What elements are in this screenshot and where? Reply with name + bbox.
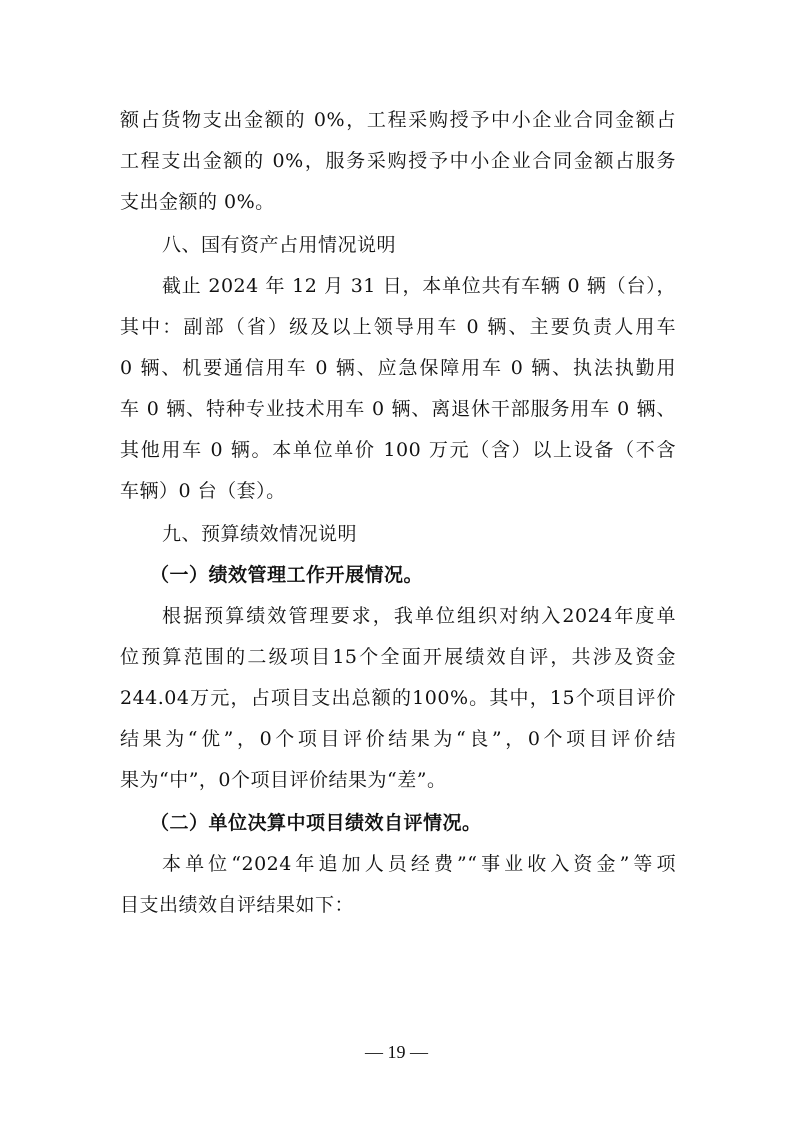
body-text-line: 0 辆、机要通信用车 0 辆、应急保障用车 0 辆、执法执勤用 bbox=[120, 356, 676, 380]
body-text-line: 车辆）0 台（套）。 bbox=[120, 479, 676, 503]
body-text-line: 车 0 辆、特种专业技术用车 0 辆、离退休干部服务用车 0 辆、 bbox=[120, 397, 676, 421]
body-text-line: 其他用车 0 辆。本单位单价 100 万元（含）以上设备（不含 bbox=[120, 438, 676, 462]
body-text-line: 截止 2024 年 12 月 31 日，本单位共有车辆 0 辆（台）， bbox=[162, 274, 676, 298]
body-text-line: 本单位“2024年追加人员经费”“事业收入资金”等项 bbox=[162, 852, 676, 876]
body-text-line: 其中：副部（省）级及以上领导用车 0 辆、主要负责人用车 bbox=[120, 315, 676, 339]
section-heading-9: 九、预算绩效情况说明 bbox=[162, 522, 676, 546]
body-text-line: 果为“中”，0个项目评价结果为“差”。 bbox=[120, 768, 676, 792]
body-text-line: 支出金额的 0%。 bbox=[120, 190, 676, 214]
document-page: 额占货物支出金额的 0%，工程采购授予中小企业合同金额占 工程支出金额的 0%，… bbox=[0, 0, 793, 1122]
body-text-line: 位预算范围的二级项目15个全面开展绩效自评，共涉及资金 bbox=[120, 645, 676, 669]
subsection-heading-2: （二）单位决算中项目绩效自评情况。 bbox=[150, 811, 664, 835]
body-text-line: 根据预算绩效管理要求，我单位组织对纳入2024年度单 bbox=[162, 604, 676, 628]
body-text-line: 244.04万元，占项目支出总额的100%。其中，15个项目评价 bbox=[120, 686, 676, 710]
body-text-line: 额占货物支出金额的 0%，工程采购授予中小企业合同金额占 bbox=[120, 108, 676, 132]
section-heading-8: 八、国有资产占用情况说明 bbox=[162, 233, 676, 257]
body-text-line: 目支出绩效自评结果如下： bbox=[120, 893, 676, 917]
subsection-heading-1: （一）绩效管理工作开展情况。 bbox=[150, 563, 664, 587]
body-text-line: 结果为“优”，0个项目评价结果为“良”，0个项目评价结 bbox=[120, 727, 676, 751]
page-number: — 19 — bbox=[0, 1042, 793, 1063]
body-text-line: 工程支出金额的 0%，服务采购授予中小企业合同金额占服务 bbox=[120, 149, 676, 173]
